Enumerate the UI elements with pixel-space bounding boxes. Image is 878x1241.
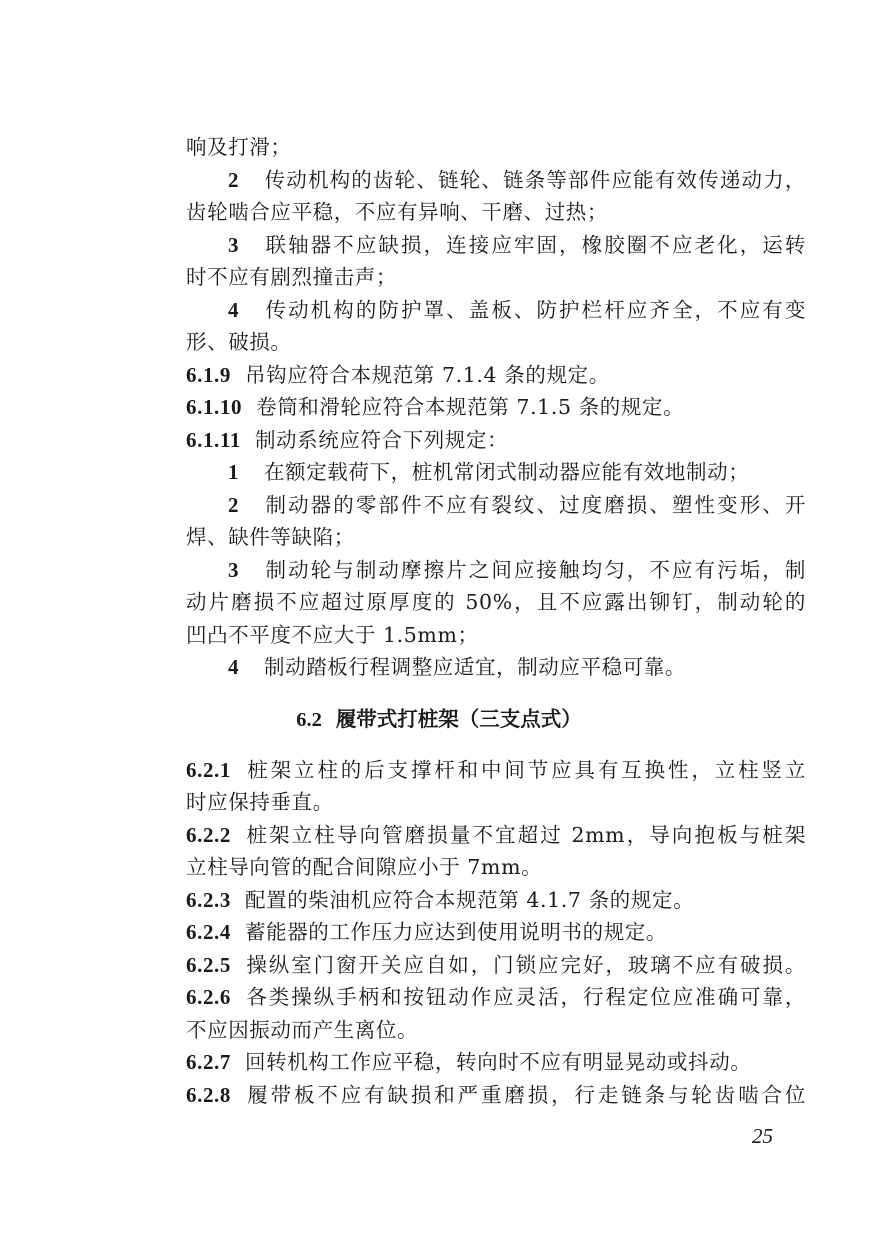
text: 操纵室门窗开关应自如，门锁应完好，玻璃不应有破损。 (245, 953, 806, 977)
text: 立柱导向管的配合间隙应小于 7mm。 (186, 855, 542, 879)
text: 吊钩应符合本规范第 7.1.4 条的规定。 (245, 363, 610, 387)
clause-6-1-10: 6.1.10卷筒和滑轮应符合本规范第 7.1.5 条的规定。 (186, 393, 806, 421)
section-title: 履带式打桩架（三支点式） (336, 707, 582, 731)
page-number: 25 (752, 1124, 773, 1149)
clause-6-1-9: 6.1.9吊钩应符合本规范第 7.1.4 条的规定。 (186, 361, 806, 389)
item-number: 3 (228, 231, 250, 259)
text-line: 齿轮啮合应平稳，不应有异响、干磨、过热； (186, 198, 806, 226)
clause-6-2-3: 6.2.3配置的柴油机应符合本规范第 4.1.7 条的规定。 (186, 886, 806, 914)
clause-6-2-4: 6.2.4蓄能器的工作压力应达到使用说明书的规定。 (186, 918, 806, 946)
clause-6-2-7: 6.2.7回转机构工作应平稳，转向时不应有明显晃动或抖动。 (186, 1048, 806, 1076)
text: 制动轮与制动摩擦片之间应接触均匀，不应有污垢，制 (264, 558, 806, 582)
text: 响及打滑； (186, 135, 292, 159)
clause-number: 6.2.8 (186, 1083, 231, 1107)
list-item: 3制动轮与制动摩擦片之间应接触均匀，不应有污垢，制 (186, 556, 806, 584)
text-line: 立柱导向管的配合间隙应小于 7mm。 (186, 853, 806, 881)
text: 履带板不应有缺损和严重磨损，行走链条与轮齿啮合位 (245, 1083, 806, 1107)
clause-number: 6.1.9 (186, 363, 231, 387)
text: 动片磨损不应超过原厚度的 50%，且不应露出铆钉，制动轮的 (186, 590, 806, 614)
list-item: 2制动器的零部件不应有裂纹、过度磨损、塑性变形、开 (186, 491, 806, 519)
text: 配置的柴油机应符合本规范第 4.1.7 条的规定。 (245, 888, 694, 912)
item-number: 1 (228, 458, 250, 486)
item-number: 4 (228, 296, 250, 324)
text: 蓄能器的工作压力应达到使用说明书的规定。 (245, 920, 667, 944)
section-number: 6.2 (296, 709, 322, 731)
clause-number: 6.2.5 (186, 953, 231, 977)
clause-number: 6.2.7 (186, 1050, 231, 1074)
section-heading: 6.2履带式打桩架（三支点式） (0, 705, 878, 734)
text: 各类操纵手柄和按钮动作应灵活，行程定位应准确可靠， (245, 985, 806, 1009)
text: 桩架立柱导向管磨损量不宜超过 2mm，导向抱板与桩架 (245, 823, 806, 847)
item-number: 2 (228, 166, 250, 194)
text: 不应因振动而产生离位。 (186, 1018, 418, 1042)
text-line: 时不应有剧烈撞击声； (186, 263, 806, 291)
text: 齿轮啮合应平稳，不应有异响、干磨、过热； (186, 200, 608, 224)
item-number: 4 (228, 653, 250, 681)
text: 在额定载荷下，桩机常闭式制动器应能有效地制动； (264, 460, 749, 484)
text-line: 不应因振动而产生离位。 (186, 1016, 806, 1044)
clause-number: 6.2.6 (186, 985, 231, 1009)
item-number: 2 (228, 491, 250, 519)
list-item: 1在额定载荷下，桩机常闭式制动器应能有效地制动； (186, 458, 806, 486)
text-line: 时应保持垂直。 (186, 788, 806, 816)
clause-6-2-8: 6.2.8履带板不应有缺损和严重磨损，行走链条与轮齿啮合位 (186, 1081, 806, 1109)
text: 制动系统应符合下列规定： (255, 428, 508, 452)
text: 传动机构的齿轮、链轮、链条等部件应能有效传递动力， (264, 168, 806, 192)
clause-number: 6.2.3 (186, 888, 231, 912)
item-number: 3 (228, 556, 250, 584)
text: 卷筒和滑轮应符合本规范第 7.1.5 条的规定。 (256, 395, 684, 419)
clause-6-2-2: 6.2.2桩架立柱导向管磨损量不宜超过 2mm，导向抱板与桩架 (186, 821, 806, 849)
clause-number: 6.2.2 (186, 823, 231, 847)
list-item: 3联轴器不应缺损，连接应牢固，橡胶圈不应老化，运转 (186, 231, 806, 259)
clause-number: 6.1.10 (186, 395, 242, 419)
text: 制动踏板行程调整应适宜，制动应平稳可靠。 (264, 655, 686, 679)
list-item: 4制动踏板行程调整应适宜，制动应平稳可靠。 (186, 653, 806, 681)
clause-number: 6.1.11 (186, 428, 241, 452)
clause-number: 6.2.1 (186, 758, 231, 782)
text: 时不应有剧烈撞击声； (186, 265, 397, 289)
clause-6-2-5: 6.2.5操纵室门窗开关应自如，门锁应完好，玻璃不应有破损。 (186, 951, 806, 979)
list-item: 4传动机构的防护罩、盖板、防护栏杆应齐全，不应有变 (186, 296, 806, 324)
text: 桩架立柱的后支撑杆和中间节应具有互换性，立柱竖立 (245, 758, 806, 782)
text: 传动机构的防护罩、盖板、防护栏杆应齐全，不应有变 (264, 298, 806, 322)
text: 凹凸不平度不应大于 1.5mm； (186, 623, 479, 647)
text: 形、破损。 (186, 330, 292, 354)
text: 焊、缺件等缺陷； (186, 525, 355, 549)
text: 回转机构工作应平稳，转向时不应有明显晃动或抖动。 (245, 1050, 751, 1074)
clause-6-2-6: 6.2.6各类操纵手柄和按钮动作应灵活，行程定位应准确可靠， (186, 983, 806, 1011)
text-line: 响及打滑； (186, 133, 806, 161)
clause-number: 6.2.4 (186, 920, 231, 944)
text: 时应保持垂直。 (186, 790, 334, 814)
text-line: 焊、缺件等缺陷； (186, 523, 806, 551)
text-line: 形、破损。 (186, 328, 806, 356)
list-item: 2传动机构的齿轮、链轮、链条等部件应能有效传递动力， (186, 166, 806, 194)
text-line: 动片磨损不应超过原厚度的 50%，且不应露出铆钉，制动轮的 (186, 588, 806, 616)
text-line: 凹凸不平度不应大于 1.5mm； (186, 621, 806, 649)
text: 联轴器不应缺损，连接应牢固，橡胶圈不应老化，运转 (264, 233, 806, 257)
text: 制动器的零部件不应有裂纹、过度磨损、塑性变形、开 (264, 493, 806, 517)
clause-6-2-1: 6.2.1桩架立柱的后支撑杆和中间节应具有互换性，立柱竖立 (186, 756, 806, 784)
clause-6-1-11: 6.1.11制动系统应符合下列规定： (186, 426, 806, 454)
